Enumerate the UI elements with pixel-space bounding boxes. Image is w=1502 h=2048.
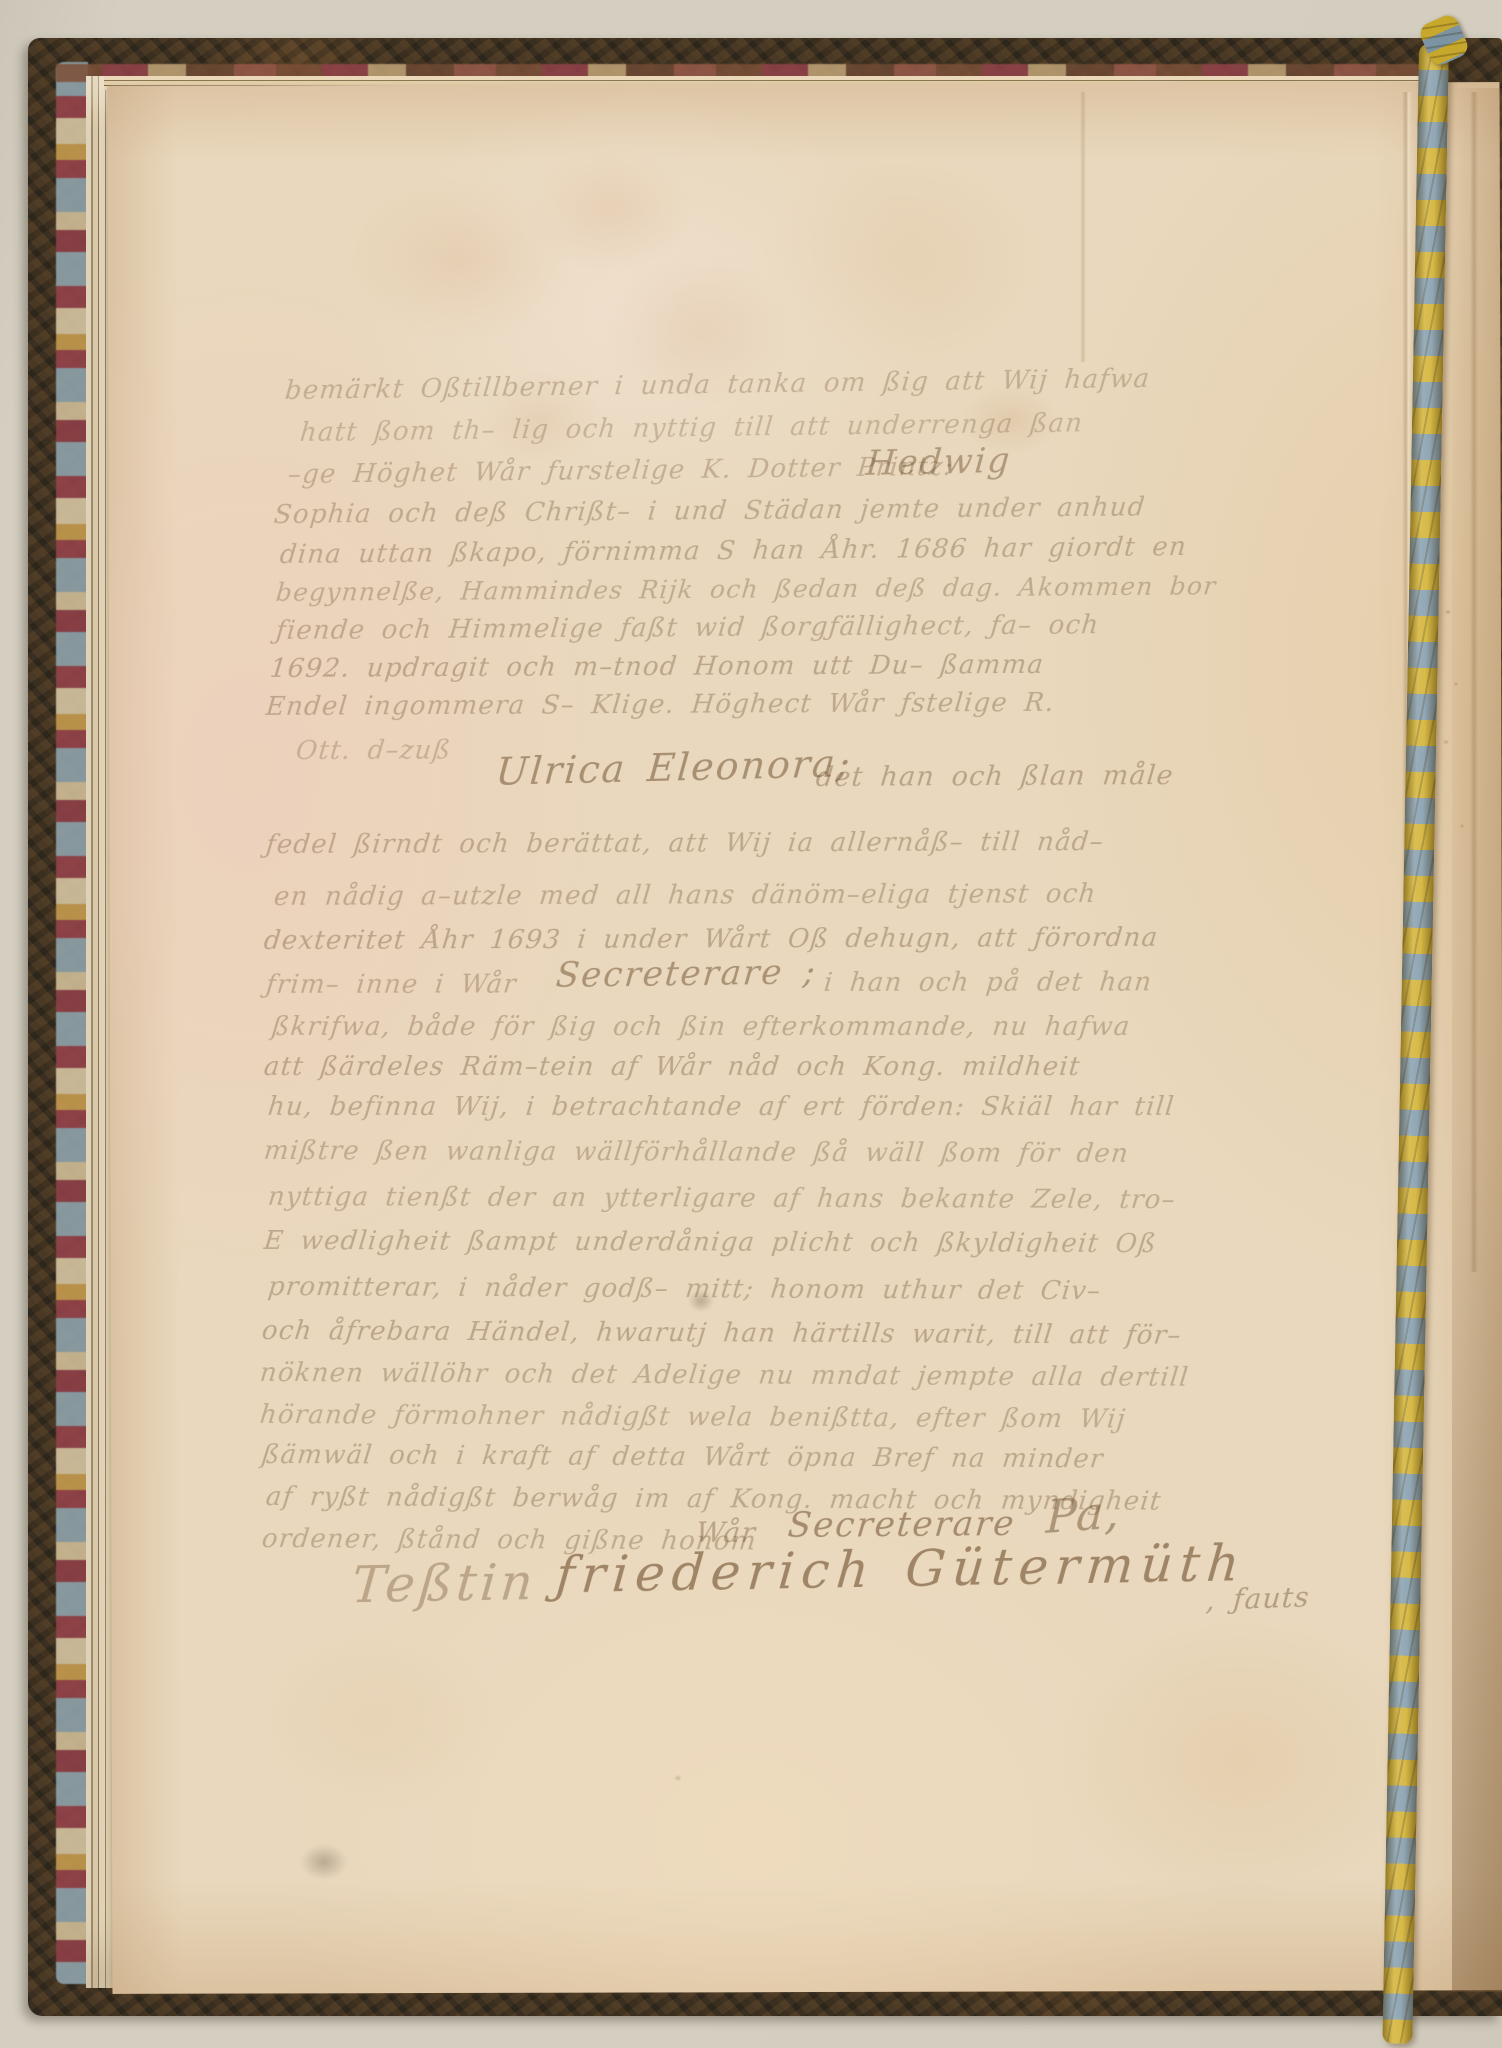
manuscript-line-24: nyttiga tienßt der an ytterligare af han… — [266, 1182, 1177, 1215]
manuscript-line-31: af ryßt nådigßt berwåg im af Kong. macht… — [264, 1482, 1163, 1517]
manuscript-line-15: en nådig a–utzle med all hans dänöm–elig… — [272, 879, 1098, 912]
manuscript-line-23: mißtre ßen wanliga wällförhållande ßå wä… — [262, 1136, 1130, 1169]
manuscript-line-8: ƒiende och Himmelige ƒaßt wid ßorgƒällig… — [275, 610, 1101, 646]
manuscript-line-4: Hedwig — [864, 441, 1013, 484]
manuscript-line-14: ƒedel ßirndt och berättat, att Wij ia al… — [264, 827, 1105, 860]
manuscript-line-26: promitterar, i nåder godß– mitt; honom u… — [266, 1272, 1103, 1306]
manuscript-line-27: och åfrebara Händel, hwarutj han härtill… — [260, 1316, 1183, 1351]
manuscript-line-13: det han och ßlan måle — [814, 760, 1175, 793]
manuscript-line-29: hörande ƒörmohner nådigßt wela benißtta,… — [258, 1400, 1127, 1435]
manuscript-line-30: ßämwäl och i kraft af detta Wårt öpna Br… — [260, 1440, 1105, 1474]
manuscript-line-10: Endel ingommera S– Klige. Höghect Wår ƒs… — [265, 688, 1057, 722]
manuscript-line-28: nöknen wällöhr och det Adelige nu mndat … — [258, 1358, 1190, 1393]
text-layer: bemärkt Oßtillberner i unda tanka om ßig… — [0, 0, 1502, 2048]
manuscript-line-36: Teßtin — [349, 1553, 539, 1614]
manuscript-line-20: ßkrifwa, både för ßig och ßin efterkomma… — [270, 1012, 1132, 1042]
manuscript-line-35: Pa, — [1045, 1485, 1121, 1544]
manuscript-line-38: , ƒauts — [1205, 1580, 1311, 1617]
manuscript-line-5: Sophia och deß Chrißt– i und Städan jemt… — [273, 492, 1147, 530]
manuscript-line-19: i han och på det han — [822, 967, 1153, 998]
manuscript-line-21: att ßärdeles Räm–tein af Wår nåd och Kon… — [262, 1052, 1082, 1082]
manuscript-line-18: Secreterare ; — [554, 952, 818, 996]
manuscript-line-6: dina uttan ßkapo, ƒörnimma S han Åhr. 16… — [279, 532, 1189, 570]
manuscript-line-17: ƒrim– inne i Wår — [264, 970, 518, 1000]
manuscript-line-1: bemärkt Oßtillberner i unda tanka om ßig… — [284, 364, 1152, 406]
manuscript-line-11: Ott. d–zuß — [294, 735, 452, 766]
manuscript-line-22: hu, befinna Wij, i betrachtande af ert f… — [266, 1092, 1176, 1122]
manuscript-line-16: dexteritet Åhr 1693 i under Wårt Oß dehu… — [262, 923, 1159, 956]
manuscript-line-7: begynnelße, Hammindes Rijk och ßedan deß… — [275, 571, 1218, 607]
manuscript-line-25: E wedligheit ßampt underdåniga plicht oc… — [262, 1226, 1158, 1259]
manuscript-line-3: –ge Höghet Wår ƒurstelige K. Dotter Prin… — [287, 452, 955, 490]
manuscript-line-12: Ulrica Eleonora; — [494, 741, 853, 794]
manuscript-line-37: ƒriederich Gütermüth — [553, 1534, 1248, 1604]
manuscript-line-9: 1692. updragit och m–tnod Honom utt Du– … — [269, 650, 1046, 684]
manuscript-scan: bemärkt Oßtillberner i unda tanka om ßig… — [0, 0, 1502, 2048]
